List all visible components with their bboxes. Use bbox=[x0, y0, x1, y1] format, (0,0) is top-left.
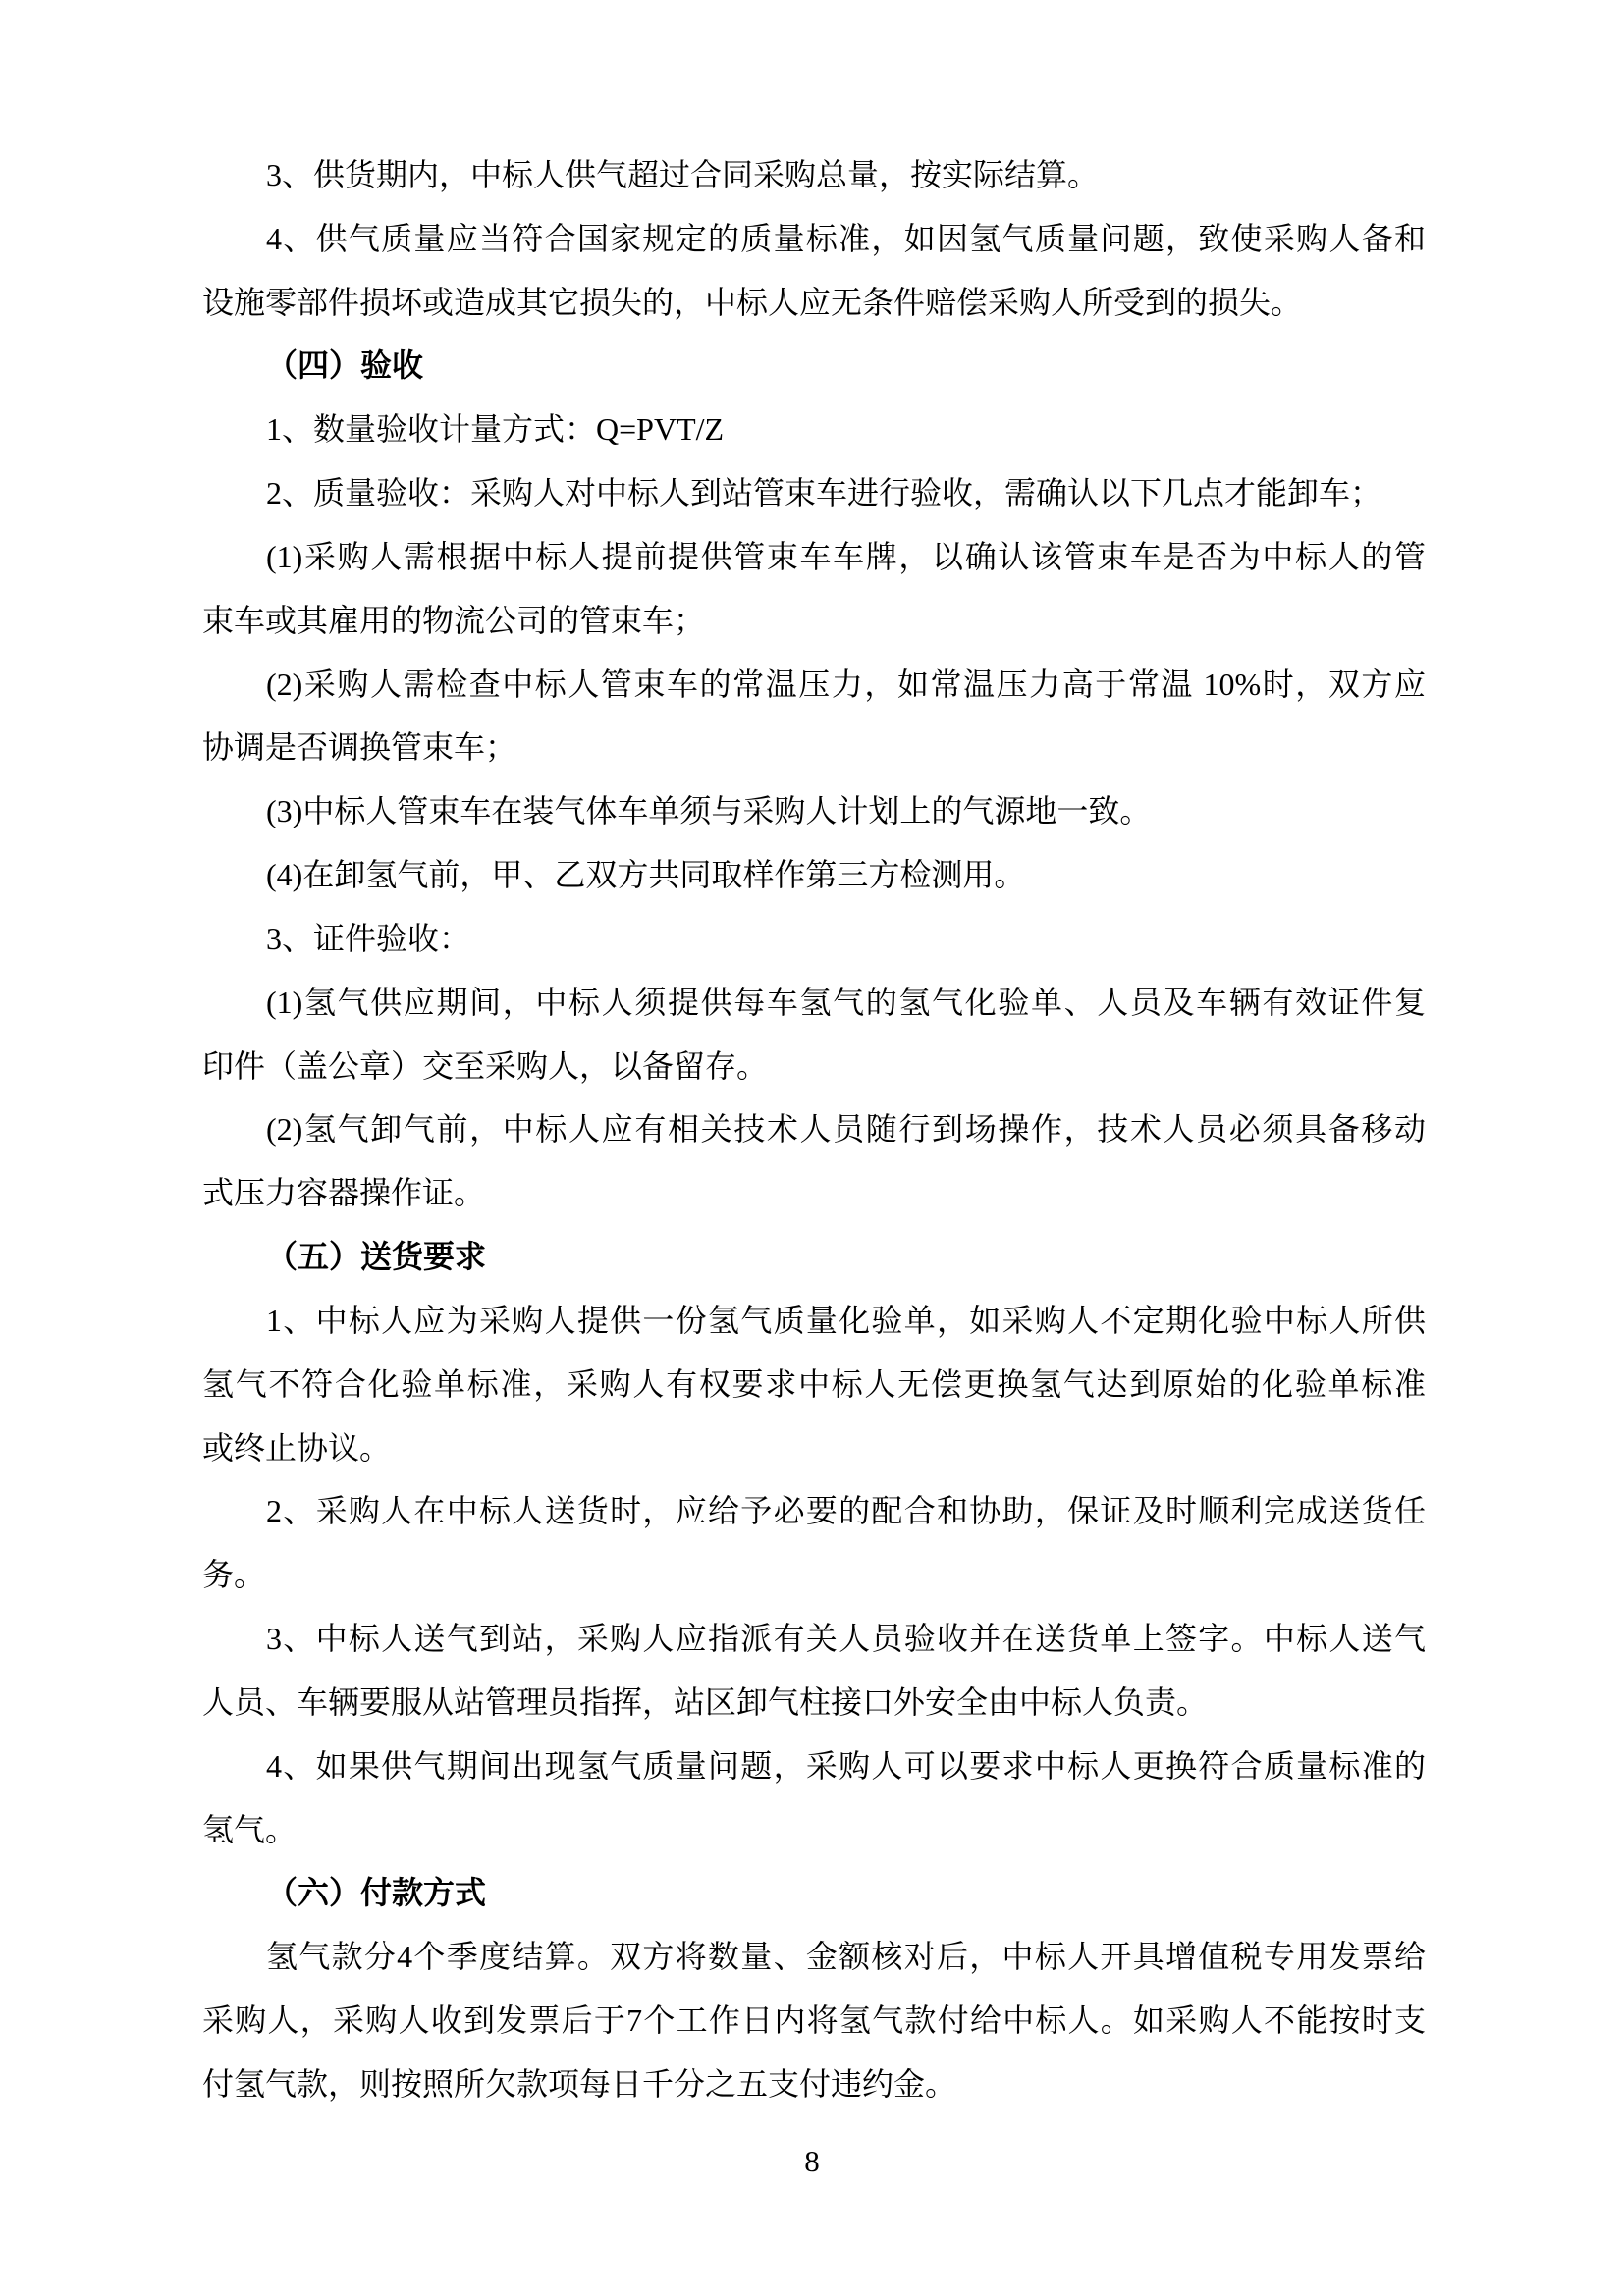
section-heading-delivery: （五）送货要求 bbox=[202, 1225, 1426, 1289]
paragraph-line: 协调是否调换管束车； bbox=[202, 716, 1426, 779]
paragraph-line: (3)中标人管束车在装气体车单须与采购人计划上的气源地一致。 bbox=[202, 779, 1426, 843]
section-heading-acceptance: （四）验收 bbox=[202, 334, 1426, 398]
paragraph-line: 3、证件验收： bbox=[202, 907, 1426, 971]
paragraph-line: 束车或其雇用的物流公司的管束车； bbox=[202, 589, 1426, 653]
paragraph-line: (2)采购人需检查中标人管束车的常温压力，如常温压力高于常温 10%时，双方应 bbox=[202, 653, 1426, 717]
paragraph-line: 2、质量验收：采购人对中标人到站管束车进行验收，需确认以下几点才能卸车； bbox=[202, 461, 1426, 525]
paragraph-line: (2)氢气卸气前，中标人应有相关技术人员随行到场操作，技术人员必须具备移动 bbox=[202, 1097, 1426, 1161]
page-number: 8 bbox=[0, 2142, 1624, 2181]
paragraph-line: 采购人，采购人收到发票后于7个工作日内将氢气款付给中标人。如采购人不能按时支 bbox=[202, 1989, 1426, 2053]
document-body: 3、供货期内，中标人供气超过合同采购总量，按实际结算。 4、供气质量应当符合国家… bbox=[202, 143, 1426, 2116]
paragraph-line: 或终止协议。 bbox=[202, 1416, 1426, 1480]
paragraph-line: 4、供气质量应当符合国家规定的质量标准，如因氢气质量问题，致使采购人备和 bbox=[202, 207, 1426, 271]
paragraph-line: 1、中标人应为采购人提供一份氢气质量化验单，如采购人不定期化验中标人所供 bbox=[202, 1289, 1426, 1353]
paragraph-line: 氢气不符合化验单标准，采购人有权要求中标人无偿更换氢气达到原始的化验单标准 bbox=[202, 1353, 1426, 1416]
paragraph-line: 印件（盖公章）交至采购人，以备留存。 bbox=[202, 1035, 1426, 1098]
paragraph-line: (1)氢气供应期间，中标人须提供每车氢气的氢气化验单、人员及车辆有效证件复 bbox=[202, 971, 1426, 1035]
paragraph-line: 氢气款分4个季度结算。双方将数量、金额核对后，中标人开具增值税专用发票给 bbox=[202, 1925, 1426, 1989]
paragraph-line: 氢气。 bbox=[202, 1798, 1426, 1862]
paragraph-line: 3、中标人送气到站，采购人应指派有关人员验收并在送货单上签字。中标人送气 bbox=[202, 1607, 1426, 1671]
section-heading-payment: （六）付款方式 bbox=[202, 1861, 1426, 1925]
paragraph-line: 3、供货期内，中标人供气超过合同采购总量，按实际结算。 bbox=[202, 143, 1426, 207]
paragraph-line: 1、数量验收计量方式：Q=PVT/Z bbox=[202, 398, 1426, 461]
paragraph-line: (1)采购人需根据中标人提前提供管束车车牌，以确认该管束车是否为中标人的管 bbox=[202, 525, 1426, 589]
paragraph-line: 2、采购人在中标人送货时，应给予必要的配合和协助，保证及时顺利完成送货任 bbox=[202, 1479, 1426, 1543]
paragraph-line: 设施零部件损坏或造成其它损失的，中标人应无条件赔偿采购人所受到的损失。 bbox=[202, 271, 1426, 335]
paragraph-line: 人员、车辆要服从站管理员指挥，站区卸气柱接口外安全由中标人负责。 bbox=[202, 1671, 1426, 1735]
paragraph-line: 式压力容器操作证。 bbox=[202, 1161, 1426, 1225]
paragraph-line: 4、如果供气期间出现氢气质量问题，采购人可以要求中标人更换符合质量标准的 bbox=[202, 1735, 1426, 1798]
document-page: 3、供货期内，中标人供气超过合同采购总量，按实际结算。 4、供气质量应当符合国家… bbox=[0, 0, 1624, 2296]
paragraph-line: 务。 bbox=[202, 1543, 1426, 1607]
paragraph-line: (4)在卸氢气前，甲、乙双方共同取样作第三方检测用。 bbox=[202, 843, 1426, 907]
paragraph-line: 付氢气款，则按照所欠款项每日千分之五支付违约金。 bbox=[202, 2053, 1426, 2116]
